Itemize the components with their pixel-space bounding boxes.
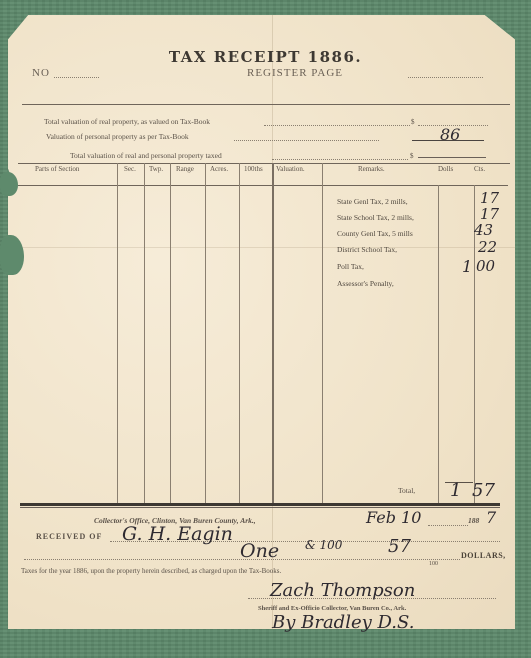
col-header-100ths: 100ths (244, 165, 263, 173)
remark-state-genl-tax: State Genl Tax, 2 mills, (337, 197, 408, 206)
total-dolls: 1 (450, 480, 461, 501)
dollar-sign: $ (410, 152, 414, 160)
received-of-label: RECEIVED OF (36, 532, 102, 541)
date-field-leader (428, 525, 468, 526)
col-header-sec: Sec. (124, 165, 136, 173)
table-top-rule (18, 163, 510, 164)
personal-property-leader (234, 140, 379, 141)
cts-county-genl-tax: 43 (474, 221, 493, 239)
dollar-sign: $ (411, 118, 415, 126)
year-prefix: 188 (468, 516, 479, 525)
remark-county-genl-tax: County Genl Tax, 5 mills (337, 229, 413, 238)
col-header-parts-of-section: Parts of Section (35, 165, 79, 173)
register-page-field (408, 77, 483, 78)
register-page-label: REGISTER PAGE (247, 67, 343, 79)
col-divider (438, 185, 439, 503)
col-header-acres: Acres. (210, 165, 228, 173)
year-suffix: 7 (486, 508, 496, 527)
col-divider (272, 163, 274, 503)
header-divider (22, 104, 510, 105)
col-header-dolls: Dolls (438, 165, 453, 173)
real-property-leader (264, 125, 410, 126)
total-valuation-leader (272, 159, 408, 160)
total-valuation-value-line (418, 157, 486, 158)
amount-handwritten: One (240, 540, 279, 562)
total-cts: 57 (472, 480, 495, 501)
cts-poll-tax: 00 (476, 257, 495, 275)
table-bottom-rule (20, 503, 500, 506)
col-divider (144, 163, 145, 503)
hundred-label: 100 (429, 561, 438, 567)
table-header-rule (18, 185, 508, 186)
taxes-statement: Taxes for the year 1886, upon the proper… (21, 567, 281, 575)
cts-district-school-tax: 22 (478, 238, 497, 256)
receipt-date: Feb 10 (366, 508, 421, 527)
col-divider (322, 163, 323, 503)
remark-state-school-tax: State School Tax, 2 mills, (337, 213, 414, 222)
amount-unit-handwritten: & 100 (305, 538, 342, 552)
col-header-range: Range (176, 165, 194, 173)
document-title: TAX RECEIPT 1886. (0, 48, 531, 66)
remark-district-school-tax: District School Tax, (337, 245, 397, 254)
remark-poll-tax: Poll Tax, (337, 262, 364, 271)
col-header-remarks: Remarks. (358, 165, 385, 173)
col-divider (239, 163, 240, 503)
col-header-cts: Cts. (474, 165, 485, 173)
dollars-label: DOLLARS, (461, 551, 506, 560)
table-bottom-rule-thin (20, 507, 500, 508)
collector-signature: Zach Thompson (270, 580, 415, 601)
personal-property-label: Valuation of personal property as per Ta… (46, 132, 189, 141)
signature-title: Sheriff and Ex-Officio Collector, Van Bu… (258, 605, 406, 612)
col-divider (170, 163, 171, 503)
remark-assessors-penalty: Assessor's Penalty, (337, 279, 394, 288)
total-label: Total, (398, 486, 415, 495)
col-header-valuation: Valuation. (276, 165, 305, 173)
dolls-poll-tax: 1 (462, 257, 472, 276)
paper-tear (0, 172, 18, 196)
paper-tear (0, 235, 24, 275)
col-divider (117, 163, 118, 503)
receipt-number-label: NO (32, 67, 50, 79)
total-valuation-label: Total valuation of real and personal pro… (70, 151, 222, 160)
personal-property-value: 86 (440, 125, 460, 144)
deputy-signature: By Bradley D.S. (272, 612, 414, 633)
received-of-name: G. H. Eagin (122, 523, 233, 545)
col-divider (205, 163, 206, 503)
col-header-twp: Twp. (149, 165, 163, 173)
receipt-number-field (54, 77, 99, 78)
real-property-label: Total valuation of real property, as val… (44, 117, 210, 126)
amount-cents-handwritten: 57 (388, 536, 411, 557)
